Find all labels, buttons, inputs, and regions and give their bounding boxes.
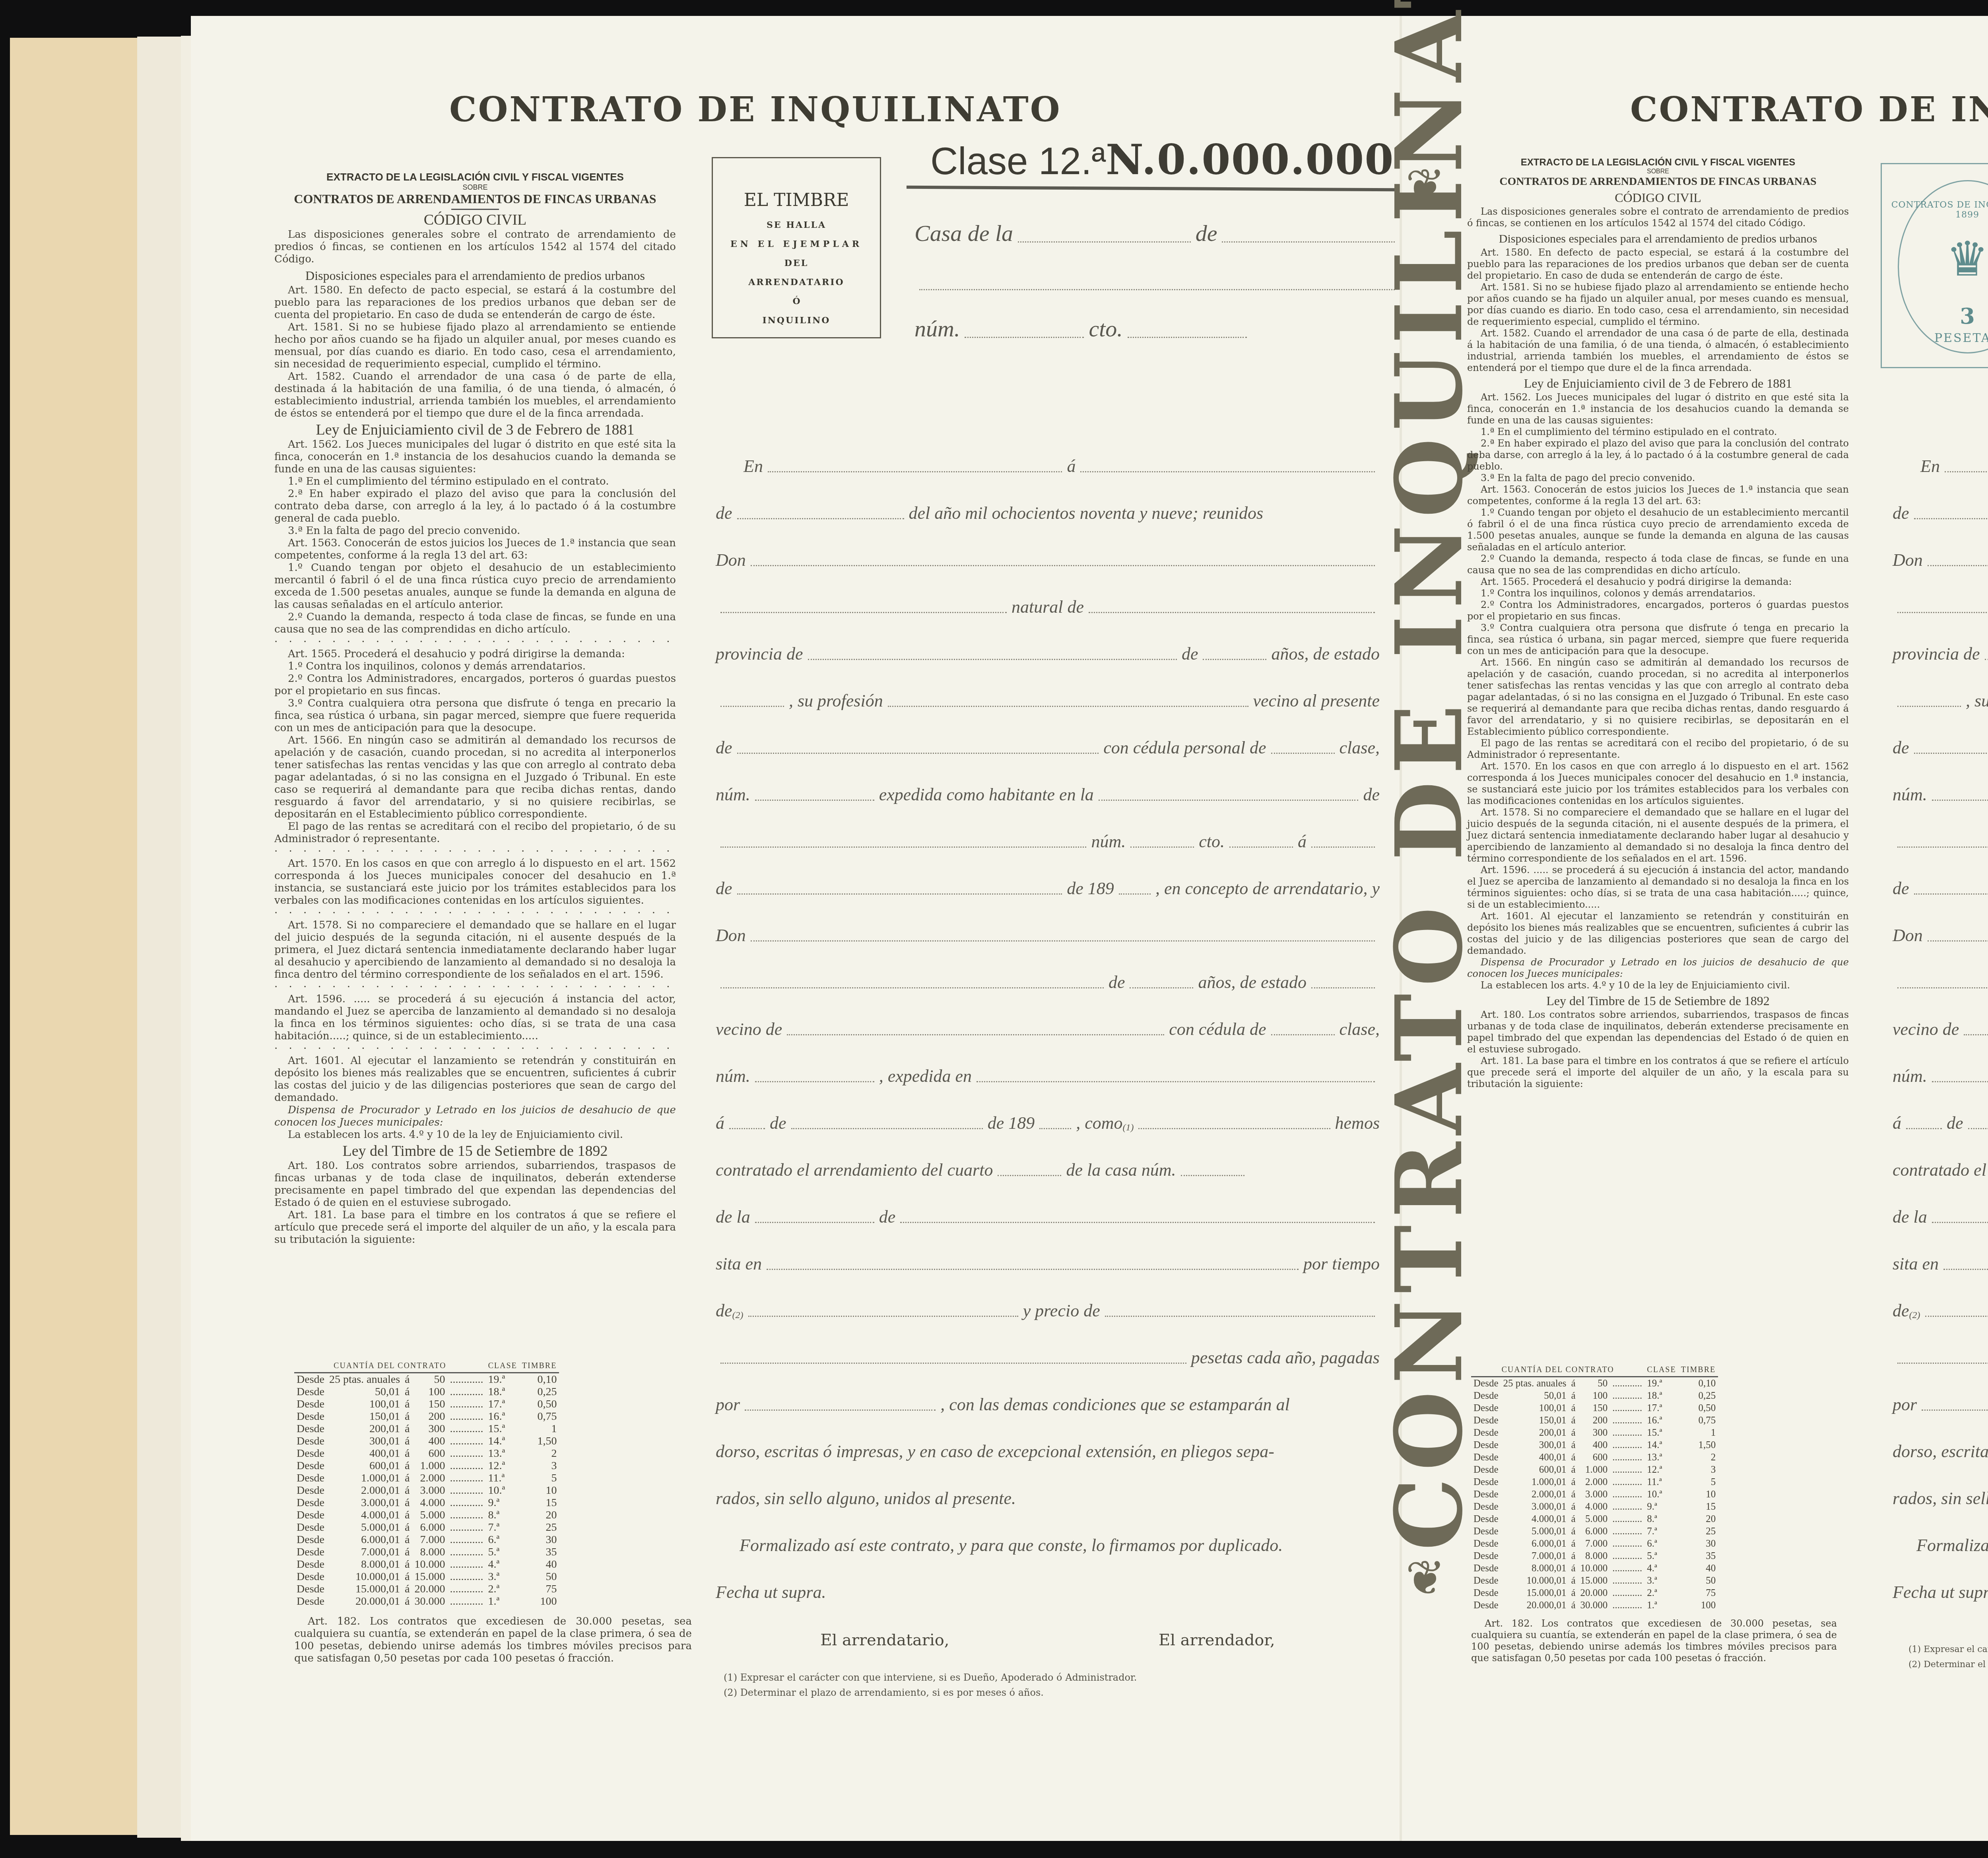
leader-dots: ............ — [1610, 1599, 1644, 1611]
profesion-field[interactable] — [888, 706, 1248, 707]
cell-clase: 9.ª — [485, 1497, 519, 1509]
profesion-label: , su profesión — [789, 691, 883, 711]
cell-timbre: 15 — [520, 1497, 559, 1509]
sita-en-label: sita en — [1893, 1254, 1939, 1274]
cell-timbre: 1 — [1679, 1427, 1718, 1439]
cell-to: 3.000 — [1578, 1488, 1610, 1501]
pesetas-label: pesetas cada año, pagadas — [1191, 1347, 1380, 1368]
cell-timbre: 0,25 — [520, 1386, 559, 1398]
dispensa: Dispensa de Procurador y Letrado en los … — [1467, 957, 1849, 980]
cell-timbre: 40 — [520, 1558, 559, 1571]
de-label: de — [1182, 644, 1198, 664]
price-cont-field[interactable] — [720, 1363, 1186, 1364]
tenant-name-cont-field[interactable] — [1897, 987, 1988, 988]
price-field[interactable] — [1105, 1316, 1375, 1317]
cell-a: á — [1569, 1550, 1578, 1562]
table-row: Desde600,01á1.000............12.ª3 — [294, 1460, 559, 1472]
art-1565-1: 1.º Contra los inquilinos, colonos y dem… — [274, 660, 676, 673]
cell-desde: Desde — [1471, 1587, 1501, 1599]
table-row: Desde5.000,01á6.000............7.ª25 — [1471, 1525, 1718, 1538]
cell-clase: 13.ª — [1644, 1451, 1678, 1464]
cell-to: 30.000 — [412, 1595, 447, 1608]
de-label: de — [1893, 738, 1909, 758]
street-field[interactable] — [720, 846, 1086, 848]
cell-from: 150,01 — [1501, 1414, 1569, 1427]
cell-timbre: 75 — [1679, 1587, 1718, 1599]
cell-to: 50 — [1578, 1377, 1610, 1390]
stamp-scale-table: CUANTÍA DEL CONTRATO CLASE TIMBRE Desde2… — [1471, 1364, 1718, 1611]
tenant-name-cont-field[interactable] — [720, 987, 1104, 988]
art-1582: Art. 1582. Cuando el arrendador de una c… — [1467, 328, 1849, 374]
como-label: , como — [1076, 1113, 1122, 1133]
landlord-signature-label: El arrendador, — [1159, 1631, 1275, 1649]
left-clase-serial: Clase 12.ªN.0.000.000 — [930, 135, 1394, 184]
art-1566: Art. 1566. En ningún caso se admitirán a… — [1467, 657, 1849, 738]
leader-dots: ............ — [1610, 1550, 1644, 1562]
sita-field[interactable] — [1943, 1269, 1988, 1270]
anios-estado-label: años, de estado — [1198, 972, 1307, 992]
dotted-separator: · · · · · · · · · · · · · · · · · · · · … — [274, 907, 676, 919]
tenant-name-field[interactable] — [1928, 940, 1988, 942]
cell-a: á — [1569, 1587, 1578, 1599]
art-182: Art. 182. Los contratos que excediesen d… — [294, 1615, 692, 1665]
name-cont-field[interactable] — [1897, 612, 1988, 613]
cell-timbre: 0,10 — [520, 1373, 559, 1386]
rados-text: rados, sin sello alguno, unidos al prese… — [716, 1488, 1016, 1509]
table-row: Desde25 ptas. anualesá50............19.ª… — [1471, 1377, 1718, 1390]
date-month-field[interactable] — [1914, 893, 1988, 895]
casa-address-field[interactable] — [919, 289, 1395, 290]
estado-field[interactable] — [720, 706, 784, 707]
art-1563-2: 2.º Cuando la demanda, respecto á toda c… — [1467, 553, 1849, 576]
leader-dots: ............ — [1610, 1439, 1644, 1451]
expedida-field[interactable] — [977, 1081, 1375, 1082]
leader-dots: ............ — [447, 1484, 485, 1497]
num-label: núm. — [716, 1066, 750, 1086]
de-label: de — [716, 503, 732, 523]
num-label: núm. — [914, 315, 960, 342]
anios-estado-label: años, de estado — [1271, 644, 1380, 664]
cedula-personal-label: con cédula personal de — [1103, 738, 1266, 758]
year-digit-field[interactable] — [1119, 893, 1151, 895]
de-label: de — [879, 1207, 896, 1227]
date-day-field[interactable] — [1311, 846, 1375, 848]
art-1580: Art. 1580. En defecto de pacto especial,… — [274, 284, 676, 321]
payment-field[interactable] — [745, 1410, 936, 1411]
leader-dots: ............ — [447, 1497, 485, 1509]
art-182: Art. 182. Los contratos que excediesen d… — [1471, 1618, 1837, 1664]
stamp-notice-line3: EN EL EJEMPLAR — [713, 239, 880, 249]
table-row: Desde3.000,01á4.000............9.ª15 — [294, 1497, 559, 1509]
leader-dots: ............ — [1610, 1538, 1644, 1550]
cell-timbre: 30 — [520, 1534, 559, 1546]
art-1562-3: 3.ª En la falta de pago del precio conve… — [1467, 472, 1849, 484]
street-field[interactable] — [1897, 846, 1988, 848]
cell-clase: 7.ª — [485, 1521, 519, 1534]
cell-a: á — [402, 1571, 412, 1583]
table-row: Desde400,01á600............13.ª2 — [1471, 1451, 1718, 1464]
table-row: Desde6.000,01á7.000............6.ª30 — [1471, 1538, 1718, 1550]
cell-desde: Desde — [1471, 1525, 1501, 1538]
exp-day-field[interactable] — [729, 1128, 765, 1129]
cell-desde: Desde — [294, 1534, 327, 1546]
month-field[interactable] — [1914, 518, 1988, 519]
cell-a: á — [1569, 1513, 1578, 1525]
casa-num-field[interactable] — [1181, 1175, 1244, 1176]
art-1565-1: 1.º Contra los inquilinos, colonos y dem… — [1467, 588, 1849, 599]
cell-timbre: 15 — [1679, 1501, 1718, 1513]
exp-year-field[interactable] — [1039, 1128, 1071, 1129]
de-la-label: de la — [716, 1207, 750, 1227]
leader-dots: ............ — [1610, 1402, 1644, 1414]
left-legal-extract: EXTRACTO DE LA LEGISLACIÓN CIVIL Y FISCA… — [274, 171, 676, 1246]
leader-dots: ............ — [1610, 1575, 1644, 1587]
cell-from: 1.000,01 — [327, 1472, 402, 1484]
legal-paragraph: Las disposiciones generales sobre el con… — [1467, 206, 1849, 229]
art-1596: Art. 1596. ..... se procederá á su ejecu… — [1467, 864, 1849, 911]
cell-clase: 2.ª — [1644, 1587, 1678, 1599]
cell-to: 30.000 — [1578, 1599, 1610, 1611]
leader-dots: ............ — [447, 1398, 485, 1410]
cell-desde: Desde — [294, 1460, 327, 1472]
table-row: Desde4.000,01á5.000............8.ª20 — [1471, 1513, 1718, 1525]
clase-label: clase, — [1340, 1019, 1380, 1039]
cell-clase: 16.ª — [1644, 1414, 1678, 1427]
cell-clase: 14.ª — [485, 1435, 519, 1447]
sita-field[interactable] — [767, 1269, 1299, 1270]
leader-dots: ............ — [447, 1583, 485, 1595]
cell-a: á — [402, 1373, 412, 1386]
right-legal-extract: EXTRACTO DE LA LEGISLACIÓN CIVIL Y FISCA… — [1467, 157, 1849, 1090]
table-row: Desde50,01á100............18.ª0,25 — [294, 1386, 559, 1398]
leader-dots: ............ — [447, 1546, 485, 1558]
a-label: á — [1298, 831, 1307, 852]
cuarto-field[interactable] — [998, 1175, 1061, 1176]
table-row: Desde150,01á200............16.ª0,75 — [1471, 1414, 1718, 1427]
cell-desde: Desde — [1471, 1402, 1501, 1414]
cell-desde: Desde — [1471, 1439, 1501, 1451]
cell-from: 20.000,01 — [327, 1595, 402, 1608]
cell-from: 50,01 — [1501, 1390, 1569, 1402]
cell-a: á — [1569, 1476, 1578, 1488]
stamp-notice-line2: SE HALLA — [713, 220, 880, 230]
cell-a: á — [402, 1472, 412, 1484]
place-field[interactable] — [768, 471, 1062, 472]
de-label: de — [716, 1301, 732, 1321]
table-row: Desde200,01á300............15.ª1 — [294, 1423, 559, 1435]
cell-timbre: 100 — [520, 1595, 559, 1608]
cell-desde: Desde — [294, 1595, 327, 1608]
tenant-estado-field[interactable] — [1311, 987, 1375, 988]
art-1562-3: 3.ª En la falta de pago del precio conve… — [274, 525, 676, 537]
cell-from: 2.000,01 — [327, 1484, 402, 1497]
cell-a: á — [402, 1386, 412, 1398]
cell-from: 100,01 — [1501, 1402, 1569, 1414]
term-field[interactable] — [1925, 1316, 1988, 1317]
art-1565-2: 2.º Contra los Administradores, encargad… — [1467, 599, 1849, 622]
cell-desde: Desde — [294, 1447, 327, 1460]
table-row: Desde5.000,01á6.000............7.ª25 — [294, 1521, 559, 1534]
art-1581: Art. 1581. Si no se hubiese fijado plazo… — [274, 321, 676, 371]
cell-to: 1.000 — [1578, 1464, 1610, 1476]
cell-clase: 3.ª — [485, 1571, 519, 1583]
cedula-num-field[interactable] — [1932, 800, 1988, 801]
art-1565-2: 2.º Contra los Administradores, encargad… — [274, 673, 676, 697]
cell-a: á — [402, 1534, 412, 1546]
cell-desde: Desde — [1471, 1562, 1501, 1575]
tenant-cedula-num-field[interactable] — [1932, 1081, 1988, 1082]
landlord-name-field[interactable] — [1928, 565, 1988, 566]
age-field[interactable] — [1203, 659, 1266, 660]
expedida-habitante-label: expedida como habitante en la — [879, 784, 1094, 805]
leader-dots: ............ — [1610, 1488, 1644, 1501]
cell-clase: 12.ª — [1644, 1464, 1678, 1476]
table-row: Desde2.000,01á3.000............10.ª10 — [1471, 1488, 1718, 1501]
cell-desde: Desde — [294, 1410, 327, 1423]
place-field[interactable] — [1945, 471, 1988, 472]
cell-a: á — [1569, 1488, 1578, 1501]
cell-to: 5.000 — [1578, 1513, 1610, 1525]
cell-a: á — [1569, 1427, 1578, 1439]
cell-to: 6.000 — [1578, 1525, 1610, 1538]
left-title: CONTRATO DE INQUILINATO — [449, 89, 1062, 130]
cell-timbre: 1,50 — [1679, 1439, 1718, 1451]
cedula-num-field[interactable] — [755, 800, 874, 801]
price-cont-field[interactable] — [1897, 1363, 1988, 1364]
provincia-label: provincia de — [1893, 644, 1980, 664]
exp-day-field[interactable] — [1906, 1128, 1942, 1129]
cell-desde: Desde — [294, 1373, 327, 1386]
cell-from: 8.000,01 — [327, 1558, 402, 1571]
dotted-separator: · · · · · · · · · · · · · · · · · · · · … — [274, 636, 676, 648]
cell-from: 6.000,01 — [1501, 1538, 1569, 1550]
right-contract-body: Ená dedel año mil ochocientos noventa y … — [1893, 429, 1988, 1649]
right-title: CONTRATO DE INQUILINATO — [1630, 89, 1988, 130]
cell-clase: 5.ª — [485, 1546, 519, 1558]
date-month-field[interactable] — [737, 893, 1062, 895]
cell-a: á — [1569, 1402, 1578, 1414]
legal-paragraph: Las disposiciones generales sobre el con… — [274, 229, 676, 266]
cell-clase: 4.ª — [485, 1558, 519, 1571]
vecino-de-label: vecino de — [1893, 1019, 1959, 1039]
cell-timbre: 0,50 — [1679, 1402, 1718, 1414]
cedula-clase-field[interactable] — [1271, 753, 1335, 754]
cell-timbre: 1,50 — [520, 1435, 559, 1447]
exp-month-field[interactable] — [791, 1128, 983, 1129]
cell-desde: Desde — [294, 1558, 327, 1571]
cell-to: 4.000 — [1578, 1501, 1610, 1513]
don-label: Don — [1893, 925, 1923, 946]
cell-from: 1.000,01 — [1501, 1476, 1569, 1488]
cell-clase: 9.ª — [1644, 1501, 1678, 1513]
cell-timbre: 5 — [1679, 1476, 1718, 1488]
cell-desde: Desde — [1471, 1575, 1501, 1587]
cto-field[interactable] — [1229, 846, 1293, 848]
cell-a: á — [402, 1447, 412, 1460]
cell-a: á — [402, 1460, 412, 1472]
footnote-1: (1) Expresar el carácter con que intervi… — [724, 1670, 1137, 1685]
a-label: á — [1893, 1113, 1901, 1133]
stamp-notice-line1: EL TIMBRE — [713, 190, 880, 210]
cell-to: 150 — [412, 1398, 447, 1410]
cell-clase: 17.ª — [485, 1398, 519, 1410]
cell-clase: 11.ª — [1644, 1476, 1678, 1488]
landlord-name-field[interactable] — [751, 565, 1375, 566]
natural-de-label: natural de — [1011, 597, 1084, 617]
street-type-field[interactable] — [755, 1222, 874, 1223]
street-type-field[interactable] — [1932, 1222, 1988, 1223]
heading-divider — [451, 209, 499, 210]
cell-from: 2.000,01 — [1501, 1488, 1569, 1501]
art-1601: Art. 1601. Al ejecutar el lanzamiento se… — [274, 1055, 676, 1104]
cell-to: 20.000 — [1578, 1587, 1610, 1599]
cell-clase: 13.ª — [485, 1447, 519, 1460]
leader-dots: ............ — [447, 1447, 485, 1460]
extract-heading-line2: SOBRE — [274, 183, 676, 192]
cell-to: 100 — [1578, 1390, 1610, 1402]
cell-desde: Desde — [294, 1571, 327, 1583]
ley-timbre-heading: Ley del Timbre de 15 de Setiembre de 189… — [274, 1145, 676, 1157]
capacity-field[interactable] — [1138, 1128, 1330, 1129]
num-field[interactable] — [965, 337, 1084, 338]
cell-to: 20.000 — [412, 1583, 447, 1595]
stamp-notice-box: EL TIMBRE SE HALLA EN EL EJEMPLAR DEL AR… — [712, 157, 881, 338]
por-label: por — [1893, 1394, 1917, 1415]
art-180: Art. 180. Los contratos sobre arriendos,… — [274, 1160, 676, 1209]
tenant-vecino-field[interactable] — [787, 1034, 1164, 1035]
casa-de-field[interactable] — [1222, 241, 1395, 243]
footnote-2: (2) Determinar el plazo de arrendamiento… — [724, 1685, 1137, 1700]
provincia-label: provincia de — [716, 644, 803, 664]
art-1562-2: 2.ª En haber expirado el plazo del aviso… — [1467, 438, 1849, 472]
art-1565: Art. 1565. Procederá el desahucio y podr… — [274, 648, 676, 660]
cell-clase: 19.ª — [485, 1373, 519, 1386]
cell-to: 7.000 — [1578, 1538, 1610, 1550]
a-label: á — [716, 1113, 724, 1133]
art-1581: Art. 1581. Si no se hubiese fijado plazo… — [1467, 282, 1849, 328]
precio-label: y precio de — [1023, 1301, 1100, 1321]
cell-desde: Desde — [1471, 1377, 1501, 1390]
left-contract-body: Ená dedel año mil ochocientos noventa y … — [716, 429, 1380, 1649]
cell-from: 300,01 — [1501, 1439, 1569, 1451]
table-row: Desde7.000,01á8.000............5.ª35 — [294, 1546, 559, 1558]
cto-field[interactable] — [1128, 337, 1247, 338]
name-cont-field[interactable] — [720, 612, 1007, 613]
cto-label: cto. — [1199, 831, 1225, 852]
table-row: Desde150,01á200............16.ª0,75 — [294, 1410, 559, 1423]
cell-timbre: 0,25 — [1679, 1390, 1718, 1402]
col-header-clase: CLASE — [485, 1360, 519, 1373]
stamp-notice-line6: Ó — [713, 296, 880, 307]
table-row: Desde100,01á150............17.ª0,50 — [294, 1398, 559, 1410]
casa-field[interactable] — [1018, 241, 1191, 243]
codigo-civil-heading: CÓDIGO CIVIL — [1467, 192, 1849, 204]
cell-a: á — [1569, 1414, 1578, 1427]
cell-desde: Desde — [1471, 1414, 1501, 1427]
cell-clase: 8.ª — [1644, 1513, 1678, 1525]
art-1562-2: 2.ª En haber expirado el plazo del aviso… — [274, 488, 676, 525]
profesion-label: , su profesión — [1966, 691, 1988, 711]
art-1578: Art. 1578. Si no compareciere el demanda… — [1467, 807, 1849, 864]
leader-dots: ............ — [1610, 1427, 1644, 1439]
fecha-text: Fecha ut supra. — [1893, 1582, 1988, 1602]
art-1565-3: 3.º Contra cualquiera otra persona que d… — [1467, 622, 1849, 657]
arrendatario-label: , en concepto de arrendatario, y — [1155, 878, 1380, 899]
cell-from: 25 ptas. anuales — [1501, 1377, 1569, 1390]
cell-a: á — [1569, 1538, 1578, 1550]
habitante-field[interactable] — [1099, 800, 1359, 801]
stamp-scale-table: CUANTÍA DEL CONTRATO CLASE TIMBRE Desde2… — [294, 1360, 559, 1608]
estado-field[interactable] — [1897, 706, 1961, 707]
tenant-vecino-field[interactable] — [1964, 1034, 1988, 1035]
provincia-field[interactable] — [808, 659, 1177, 660]
tenant-cedula-field[interactable] — [1271, 1034, 1335, 1035]
stamp-notice-line4: DEL — [713, 258, 880, 268]
extract-heading-line3: CONTRATOS DE ARRENDAMIENTOS DE FINCAS UR… — [274, 192, 676, 206]
table-row: Desde15.000,01á20.000............2.ª75 — [1471, 1587, 1718, 1599]
tenant-name-field[interactable] — [751, 940, 1375, 942]
street-num-field[interactable] — [1130, 846, 1194, 848]
day-field[interactable] — [1080, 471, 1375, 472]
cell-to: 10.000 — [1578, 1562, 1610, 1575]
cell-timbre: 1 — [520, 1423, 559, 1435]
cell-from: 15.000,01 — [327, 1583, 402, 1595]
cell-timbre: 100 — [1679, 1599, 1718, 1611]
art-1562-1: 1.ª En el cumplimiento del término estip… — [274, 476, 676, 488]
pago-rentas: El pago de las rentas se acreditará con … — [1467, 738, 1849, 761]
formalizado-text: Formalizado así este contrato, y para qu… — [740, 1535, 1283, 1555]
tenant-signature-label: El arrendatario, — [820, 1631, 949, 1649]
de-label: de — [1893, 503, 1909, 523]
cell-a: á — [1569, 1599, 1578, 1611]
bottom-ornament-icon: ❦ — [1392, 1551, 1459, 1606]
seal-ring-text: CONTRATOS DE INQUILINATO 1899 — [1882, 200, 1988, 220]
street-name-field[interactable] — [900, 1222, 1375, 1223]
table-row: Desde1.000,01á2.000............11.ª5 — [1471, 1476, 1718, 1488]
cell-clase: 19.ª — [1644, 1377, 1678, 1390]
extract-heading-line1: EXTRACTO DE LA LEGISLACIÓN CIVIL Y FISCA… — [1467, 157, 1849, 168]
table-row: Desde6.000,01á7.000............6.ª30 — [294, 1534, 559, 1546]
table-row: Desde100,01á150............17.ª0,50 — [1471, 1402, 1718, 1414]
cell-a: á — [1569, 1525, 1578, 1538]
tax-stamp-seal: CONTRATOS DE INQUILINATO 1899 ♛ 3 PESETA… — [1881, 163, 1988, 368]
natural-field[interactable] — [1089, 612, 1375, 613]
cell-timbre: 10 — [1679, 1488, 1718, 1501]
table-row: Desde15.000,01á20.000............2.ª75 — [294, 1583, 559, 1595]
cell-desde: Desde — [1471, 1513, 1501, 1525]
provincia-field[interactable] — [1985, 659, 1988, 660]
de-label: de — [1196, 220, 1217, 247]
exp-month-field[interactable] — [1968, 1128, 1988, 1129]
tenant-cedula-num-field[interactable] — [755, 1081, 874, 1082]
month-field[interactable] — [737, 518, 904, 519]
payment-field[interactable] — [1922, 1410, 1988, 1411]
vecindad-field[interactable] — [737, 753, 1099, 754]
cell-to: 2.000 — [412, 1472, 447, 1484]
cell-desde: Desde — [1471, 1390, 1501, 1402]
cell-timbre: 25 — [520, 1521, 559, 1534]
vecindad-field[interactable] — [1914, 753, 1988, 754]
cell-a: á — [1569, 1501, 1578, 1513]
cto-label: cto. — [1089, 315, 1122, 342]
especiales-heading: Disposiciones especiales para el arrenda… — [1467, 233, 1849, 245]
cell-a: á — [402, 1583, 412, 1595]
term-field[interactable] — [748, 1316, 1018, 1317]
table-row: Desde20.000,01á30.000............1.ª100 — [294, 1595, 559, 1608]
tenant-age-field[interactable] — [1130, 987, 1193, 988]
cell-timbre: 0,50 — [520, 1398, 559, 1410]
cell-clase: 15.ª — [485, 1423, 519, 1435]
